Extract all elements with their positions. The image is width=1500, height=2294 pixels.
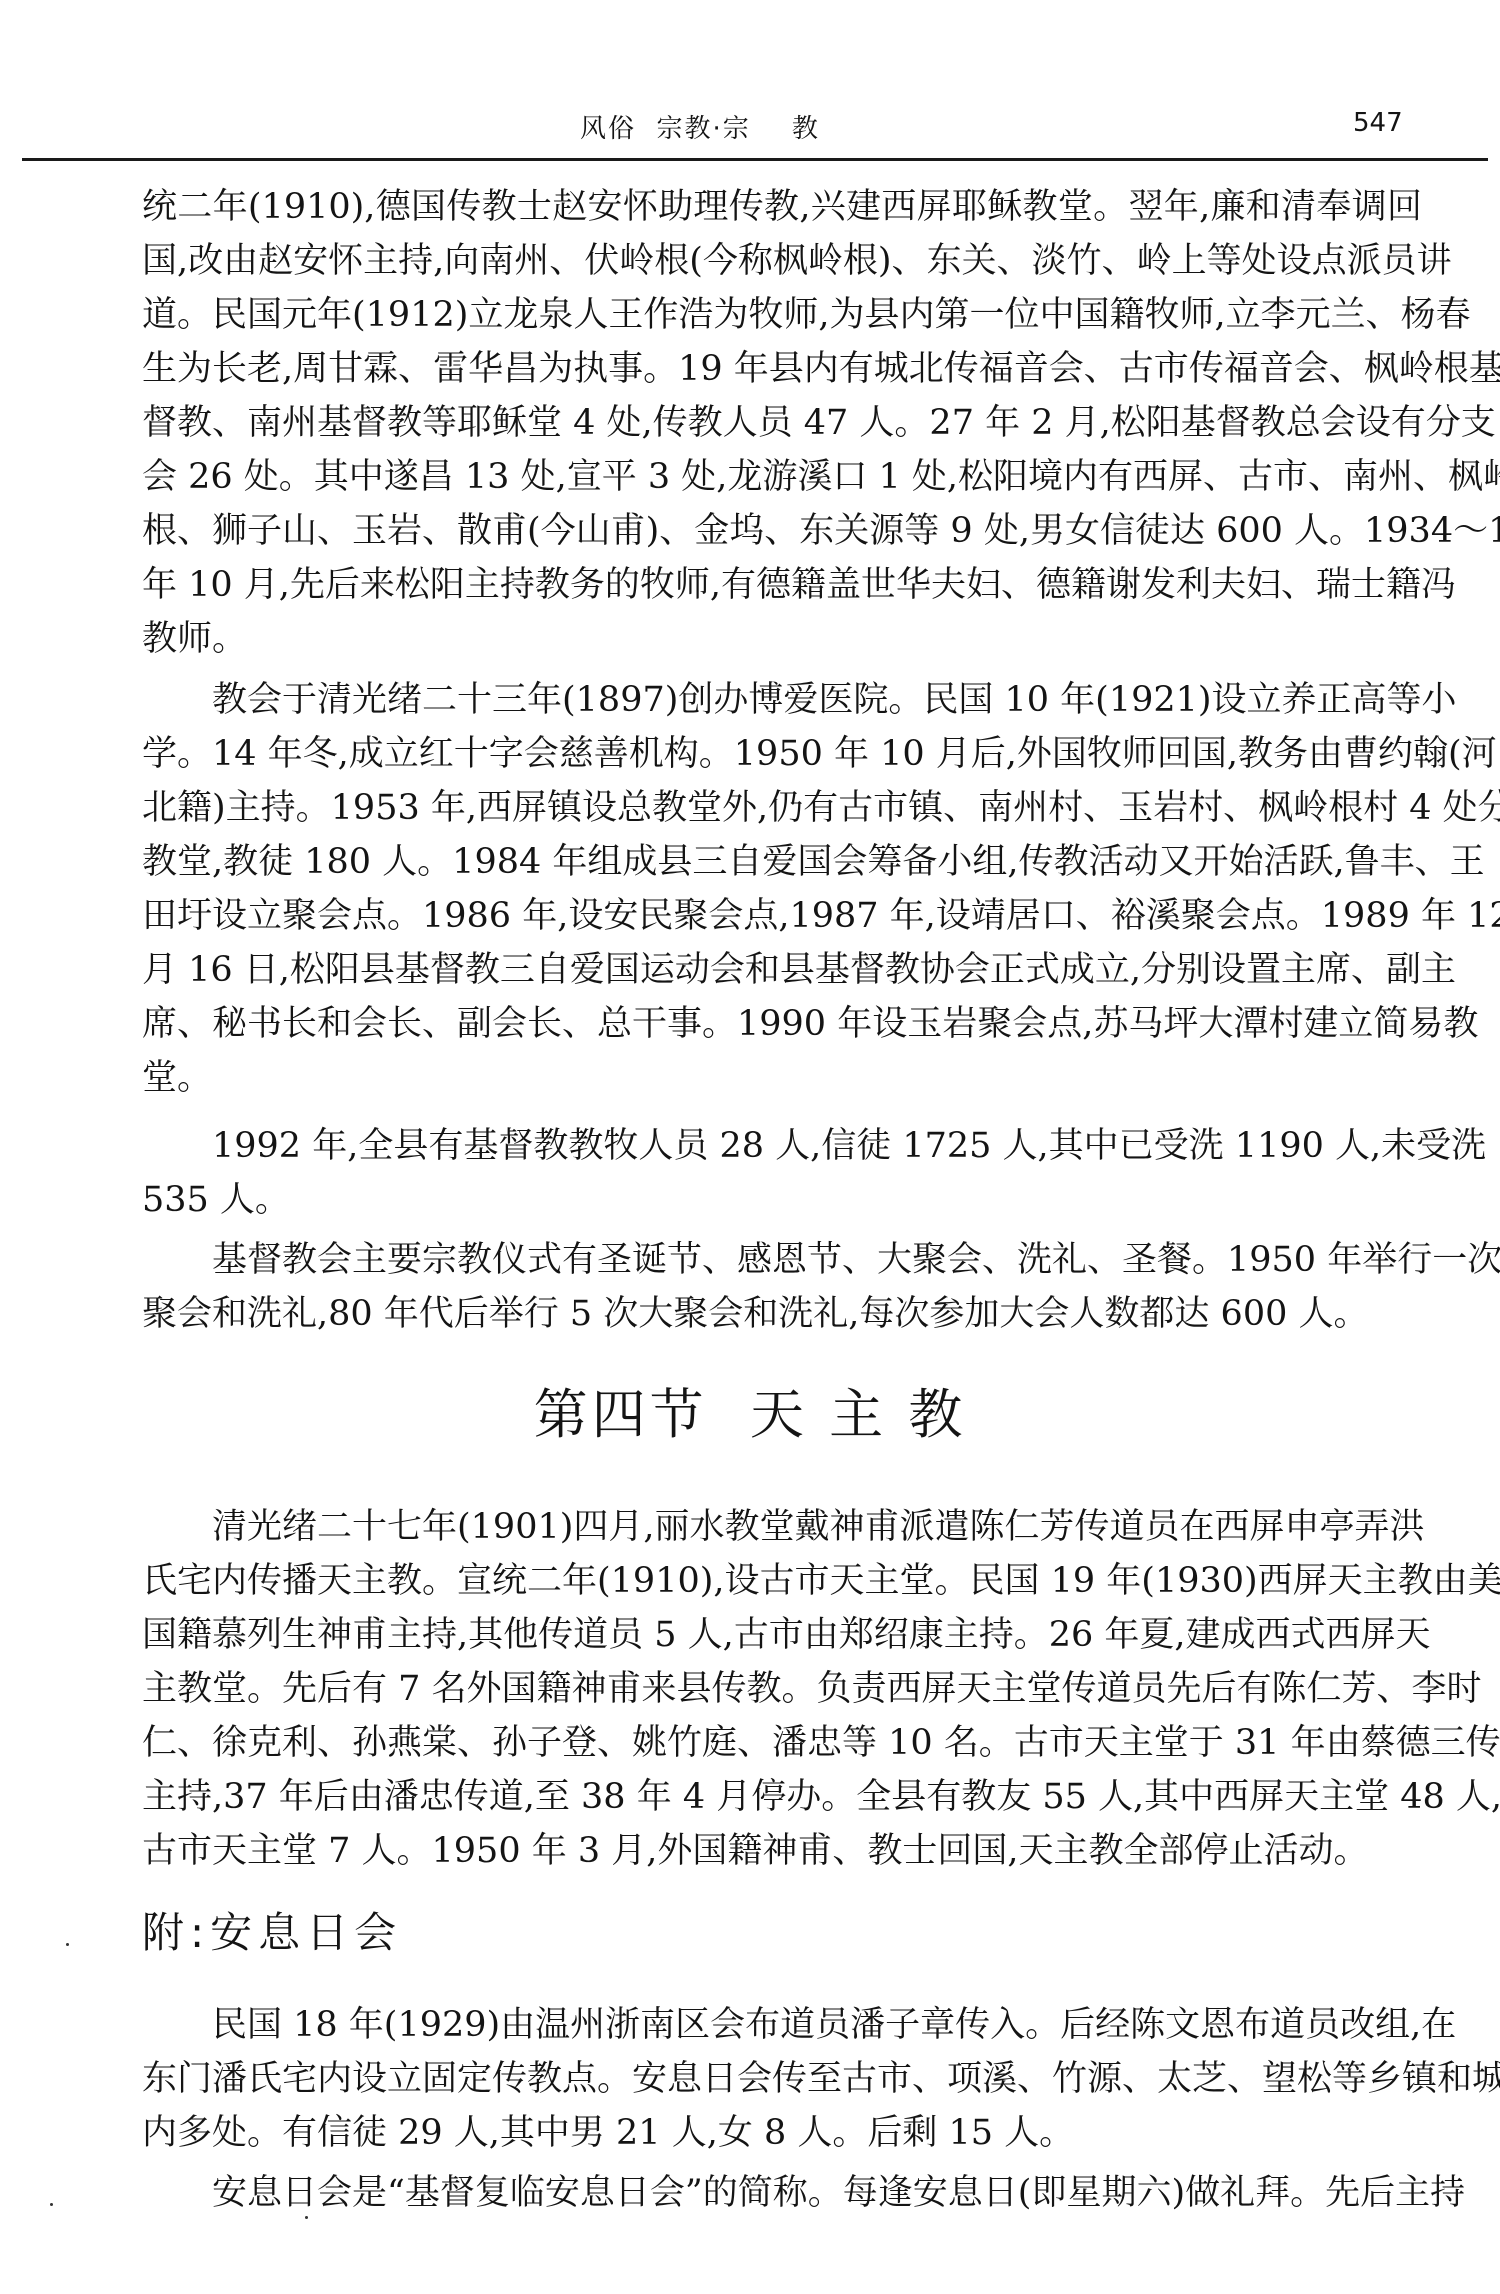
- text-line: 民国 18 年(1929)由温州浙南区会布道员潘子章传入。后经陈文恩布道员改组,…: [212, 2001, 1422, 2049]
- text-line: 内多处。有信徒 29 人,其中男 21 人,女 8 人。后剩 15 人。: [142, 2109, 1422, 2157]
- text-line: 道。民国元年(1912)立龙泉人王作浩为牧师,为县内第一位中国籍牧师,立李元兰、…: [142, 291, 1422, 339]
- header-rule: [22, 158, 1488, 161]
- text-line: 主持,37 年后由潘忠传道,至 38 年 4 月停办。全县有教友 55 人,其中…: [142, 1773, 1422, 1821]
- text-line: 东门潘氏宅内设立固定传教点。安息日会传至古市、项溪、竹源、太芝、望松等乡镇和城: [142, 2055, 1422, 2103]
- text-line: 学。14 年冬,成立红十字会慈善机构。1950 年 10 月后,外国牧师回国,教…: [142, 730, 1422, 778]
- text-line: 基督教会主要宗教仪式有圣诞节、感恩节、大聚会、洗礼、圣餐。1950 年举行一次大: [212, 1236, 1422, 1284]
- text-line: 聚会和洗礼,80 年代后举行 5 次大聚会和洗礼,每次参加大会人数都达 600 …: [142, 1290, 1422, 1338]
- scan-speck: [305, 2216, 308, 2219]
- running-title: 风俗 宗教·宗 教: [580, 108, 820, 145]
- scan-speck: [50, 2203, 53, 2206]
- text-line: 国,改由赵安怀主持,向南州、伏岭根(今称枫岭根)、东关、淡竹、岭上等处设点派员讲: [142, 237, 1422, 285]
- text-line: 教堂,教徒 180 人。1984 年组成县三自爱国会筹备小组,传教活动又开始活跃…: [142, 838, 1422, 886]
- text-line: 清光绪二十七年(1901)四月,丽水教堂戴神甫派遣陈仁芳传道员在西屏申亭弄洪: [212, 1503, 1422, 1551]
- text-line: 田圩设立聚会点。1986 年,设安民聚会点,1987 年,设靖居口、裕溪聚会点。…: [142, 892, 1422, 940]
- text-line: 氏宅内传播天主教。宣统二年(1910),设古市天主堂。民国 19 年(1930)…: [142, 1557, 1422, 1605]
- text-line: 堂。: [142, 1054, 1422, 1102]
- running-header: 风俗 宗教·宗 教 547: [0, 108, 1500, 148]
- book-page: 风俗 宗教·宗 教 547 统二年(1910),德国传教士赵安怀助理传教,兴建西…: [0, 0, 1500, 2294]
- text-line: 月 16 日,松阳县基督教三自爱国运动会和县基督教协会正式成立,分别设置主席、副…: [142, 946, 1422, 994]
- scan-speck: [66, 1943, 69, 1946]
- section-heading-catholicism: 第四节 天 主 教: [0, 1380, 1500, 1450]
- text-line: 督教、南州基督教等耶稣堂 4 处,传教人员 47 人。27 年 2 月,松阳基督…: [142, 399, 1422, 447]
- text-line: 统二年(1910),德国传教士赵安怀助理传教,兴建西屏耶稣教堂。翌年,廉和清奉调…: [142, 183, 1422, 231]
- text-line: 根、狮子山、玉岩、散甫(今山甫)、金坞、东关源等 9 处,男女信徒达 600 人…: [142, 507, 1422, 555]
- text-line: 会 26 处。其中遂昌 13 处,宣平 3 处,龙游溪口 1 处,松阳境内有西屏…: [142, 453, 1422, 501]
- text-line: 国籍慕列生神甫主持,其他传道员 5 人,古市由郑绍康主持。26 年夏,建成西式西…: [142, 1611, 1422, 1659]
- text-line: 席、秘书长和会长、副会长、总干事。1990 年设玉岩聚会点,苏马坪大潭村建立简易…: [142, 1000, 1422, 1048]
- text-line: 1992 年,全县有基督教教牧人员 28 人,信徒 1725 人,其中已受洗 1…: [212, 1122, 1422, 1170]
- text-line: 安息日会是“基督复临安息日会”的简称。每逢安息日(即星期六)做礼拜。先后主持: [212, 2169, 1422, 2217]
- text-line: 535 人。: [142, 1176, 1422, 1224]
- text-line: 主教堂。先后有 7 名外国籍神甫来县传教。负责西屏天主堂传道员先后有陈仁芳、李时: [142, 1665, 1422, 1713]
- subsection-heading-adventist: 附:安息日会: [142, 1905, 402, 1961]
- text-line: 仁、徐克利、孙燕棠、孙子登、姚竹庭、潘忠等 10 名。古市天主堂于 31 年由蔡…: [142, 1719, 1422, 1767]
- text-line: 生为长老,周甘霖、雷华昌为执事。19 年县内有城北传福音会、古市传福音会、枫岭根…: [142, 345, 1422, 393]
- text-line: 教师。: [142, 615, 1422, 663]
- text-line: 古市天主堂 7 人。1950 年 3 月,外国籍神甫、教士回国,天主教全部停止活…: [142, 1827, 1422, 1875]
- page-number: 547: [1353, 108, 1403, 138]
- text-line: 北籍)主持。1953 年,西屏镇设总教堂外,仍有古市镇、南州村、玉岩村、枫岭根村…: [142, 784, 1422, 832]
- text-line: 教会于清光绪二十三年(1897)创办博爱医院。民国 10 年(1921)设立养正…: [212, 676, 1422, 724]
- text-line: 年 10 月,先后来松阳主持教务的牧师,有德籍盖世华夫妇、德籍谢发利夫妇、瑞士籍…: [142, 561, 1422, 609]
